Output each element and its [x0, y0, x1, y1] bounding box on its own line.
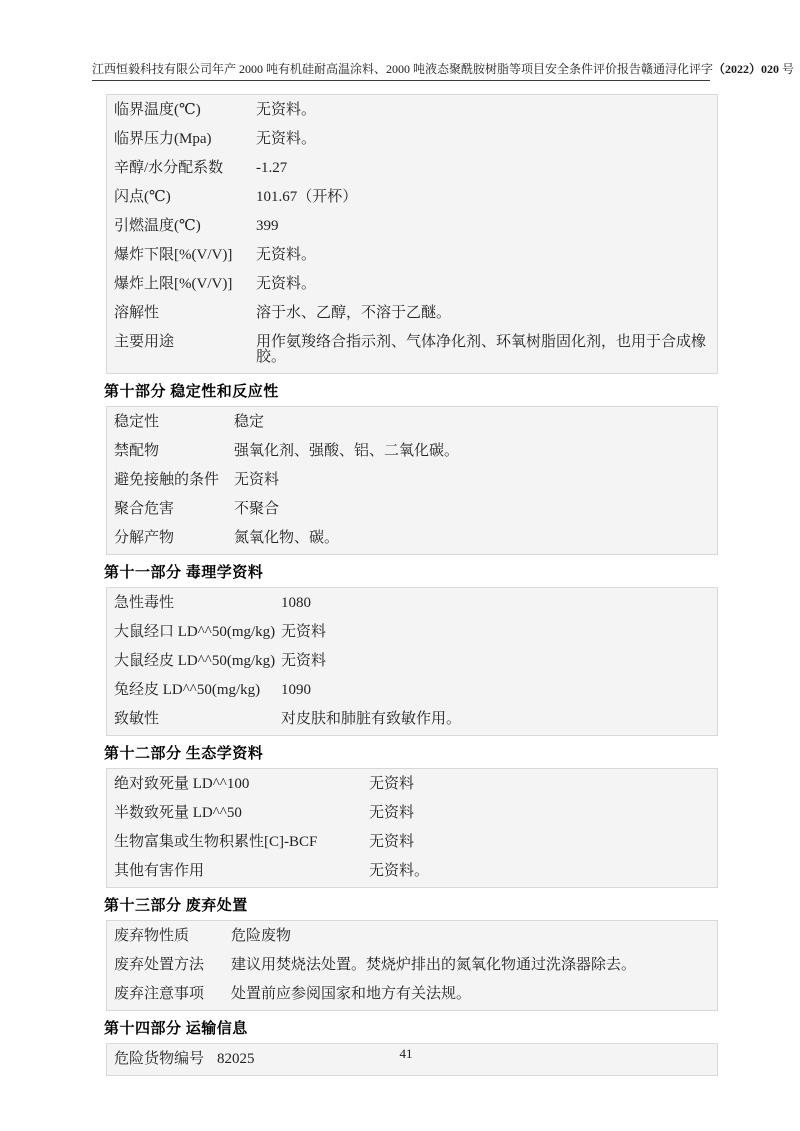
row-label: 大鼠经口 LD^^50(mg/kg)	[107, 625, 281, 640]
table-row: 半数致死量 LD^^50无资料	[107, 799, 717, 828]
row-value: 强氧化剂、强酸、铝、二氧化碳。	[234, 444, 717, 459]
row-value: 无资料。	[256, 277, 717, 292]
row-value: 溶于水、乙醇，不溶于乙醚。	[256, 306, 717, 321]
section: 第十一部分 毒理学资料 急性毒性1080大鼠经口 LD^^50(mg/kg)无资…	[106, 561, 718, 736]
table-row: 辛醇/水分配系数-1.27	[107, 154, 717, 183]
section-table: 临界温度(℃)无资料。临界压力(Mpa)无资料。辛醇/水分配系数-1.27闪点(…	[106, 94, 718, 374]
page-header: 江西恒毅科技有限公司年产 2000 吨有机硅耐高温涂料、2000 吨液态聚酰胺树…	[92, 60, 710, 81]
row-value: 1090	[281, 683, 717, 698]
section-table: 废弃物性质危险废物废弃处置方法建议用焚烧法处置。焚烧炉排出的氮氧化物通过洗涤器除…	[106, 920, 718, 1011]
table-row: 大鼠经口 LD^^50(mg/kg)无资料	[107, 618, 717, 647]
table-row: 引燃温度(℃)399	[107, 212, 717, 241]
row-value: 399	[256, 219, 717, 234]
row-value: 对皮肤和肺脏有致敏作用。	[281, 712, 717, 727]
row-value: 无资料	[369, 777, 717, 792]
table-row: 废弃物性质危险废物	[107, 922, 717, 951]
row-label: 爆炸下限[%(V/V)]	[107, 248, 256, 263]
row-label: 主要用途	[107, 335, 256, 350]
report-number-prefix: 赣通浔化评字	[641, 62, 713, 76]
row-label: 辛醇/水分配系数	[107, 161, 256, 176]
row-value: -1.27	[256, 161, 717, 176]
table-row: 兔经皮 LD^^50(mg/kg)1090	[107, 676, 717, 705]
row-label: 废弃物性质	[107, 929, 231, 944]
row-label: 生物富集或生物积累性[C]-BCF	[107, 835, 369, 850]
table-row: 绝对致死量 LD^^100无资料	[107, 770, 717, 799]
row-label: 废弃注意事项	[107, 987, 231, 1002]
row-value: 无资料	[369, 835, 717, 850]
report-title: 江西恒毅科技有限公司年产 2000 吨有机硅耐高温涂料、2000 吨液态聚酰胺树…	[92, 60, 641, 77]
row-value: 处置前应参阅国家和地方有关法规。	[231, 987, 717, 1002]
page-number: 41	[400, 1046, 413, 1061]
row-label: 溶解性	[107, 306, 256, 321]
row-label: 爆炸上限[%(V/V)]	[107, 277, 256, 292]
row-label: 稳定性	[107, 415, 234, 430]
row-value: 用作氨羧络合指示剂、气体净化剂、环氧树脂固化剂，也用于合成橡胶。	[256, 335, 717, 365]
section-title: 第十一部分 毒理学资料	[104, 561, 718, 582]
row-value: 建议用焚烧法处置。焚烧炉排出的氮氧化物通过洗涤器除去。	[231, 958, 717, 973]
report-number: 赣通浔化评字（2022）020 号	[641, 60, 794, 77]
table-row: 其他有害作用无资料。	[107, 857, 717, 886]
report-number-value: （2022）020	[713, 62, 779, 76]
table-row: 分解产物氮氧化物、碳。	[107, 524, 717, 553]
section: 第十二部分 生态学资料 绝对致死量 LD^^100无资料半数致死量 LD^^50…	[106, 742, 718, 888]
table-row: 大鼠经皮 LD^^50(mg/kg)无资料	[107, 647, 717, 676]
table-row: 溶解性溶于水、乙醇，不溶于乙醚。	[107, 299, 717, 328]
row-label: 闪点(℃)	[107, 190, 256, 205]
table-row: 闪点(℃)101.67（开杯）	[107, 183, 717, 212]
row-label: 绝对致死量 LD^^100	[107, 777, 369, 792]
table-row: 生物富集或生物积累性[C]-BCF无资料	[107, 828, 717, 857]
row-label: 急性毒性	[107, 596, 281, 611]
row-label: 聚合危害	[107, 502, 234, 517]
section: 临界温度(℃)无资料。临界压力(Mpa)无资料。辛醇/水分配系数-1.27闪点(…	[106, 94, 718, 374]
row-value: 氮氧化物、碳。	[234, 531, 717, 546]
row-value: 稳定	[234, 415, 717, 430]
section: 第十三部分 废弃处置 废弃物性质危险废物废弃处置方法建议用焚烧法处置。焚烧炉排出…	[106, 894, 718, 1011]
table-row: 临界温度(℃)无资料。	[107, 96, 717, 125]
table-row: 急性毒性1080	[107, 589, 717, 618]
row-label: 引燃温度(℃)	[107, 219, 256, 234]
table-row: 聚合危害不聚合	[107, 495, 717, 524]
row-value: 101.67（开杯）	[256, 190, 717, 205]
section-title: 第十部分 稳定性和反应性	[104, 380, 718, 401]
row-label: 禁配物	[107, 444, 234, 459]
row-label: 致敏性	[107, 712, 281, 727]
section-title: 第十二部分 生态学资料	[104, 742, 718, 763]
table-row: 临界压力(Mpa)无资料。	[107, 125, 717, 154]
table-row: 致敏性对皮肤和肺脏有致敏作用。	[107, 705, 717, 734]
row-value: 无资料。	[369, 864, 717, 879]
section-table: 绝对致死量 LD^^100无资料半数致死量 LD^^50无资料生物富集或生物积累…	[106, 768, 718, 888]
row-value: 1080	[281, 596, 717, 611]
table-row: 避免接触的条件无资料	[107, 466, 717, 495]
table-row: 废弃注意事项处置前应参阅国家和地方有关法规。	[107, 980, 717, 1009]
document-page: 江西恒毅科技有限公司年产 2000 吨有机硅耐高温涂料、2000 吨液态聚酰胺树…	[0, 0, 800, 1131]
row-value: 无资料。	[256, 103, 717, 118]
table-row: 爆炸下限[%(V/V)]无资料。	[107, 241, 717, 270]
row-label: 半数致死量 LD^^50	[107, 806, 369, 821]
row-value: 无资料	[281, 625, 717, 640]
row-label: 废弃处置方法	[107, 958, 231, 973]
section-table: 稳定性稳定禁配物强氧化剂、强酸、铝、二氧化碳。避免接触的条件无资料聚合危害不聚合…	[106, 406, 718, 555]
table-row: 爆炸上限[%(V/V)]无资料。	[107, 270, 717, 299]
section-title: 第十四部分 运输信息	[104, 1017, 718, 1038]
page-footer: 41	[0, 1046, 800, 1062]
row-label: 避免接触的条件	[107, 473, 234, 488]
section-title: 第十三部分 废弃处置	[104, 894, 718, 915]
section: 第十部分 稳定性和反应性 稳定性稳定禁配物强氧化剂、强酸、铝、二氧化碳。避免接触…	[106, 380, 718, 555]
table-row: 稳定性稳定	[107, 408, 717, 437]
row-label: 临界温度(℃)	[107, 103, 256, 118]
table-row: 废弃处置方法建议用焚烧法处置。焚烧炉排出的氮氧化物通过洗涤器除去。	[107, 951, 717, 980]
row-label: 其他有害作用	[107, 864, 369, 879]
sections: 临界温度(℃)无资料。临界压力(Mpa)无资料。辛醇/水分配系数-1.27闪点(…	[106, 94, 718, 1076]
row-value: 不聚合	[234, 502, 717, 517]
row-label: 临界压力(Mpa)	[107, 132, 256, 147]
row-value: 无资料	[369, 806, 717, 821]
section-table: 急性毒性1080大鼠经口 LD^^50(mg/kg)无资料大鼠经皮 LD^^50…	[106, 587, 718, 736]
row-value: 无资料	[234, 473, 717, 488]
row-value: 危险废物	[231, 929, 717, 944]
report-number-suffix: 号	[779, 62, 794, 76]
row-value: 无资料。	[256, 248, 717, 263]
table-row: 主要用途用作氨羧络合指示剂、气体净化剂、环氧树脂固化剂，也用于合成橡胶。	[107, 328, 717, 372]
row-value: 无资料	[281, 654, 717, 669]
row-label: 兔经皮 LD^^50(mg/kg)	[107, 683, 281, 698]
row-value: 无资料。	[256, 132, 717, 147]
row-label: 大鼠经皮 LD^^50(mg/kg)	[107, 654, 281, 669]
row-label: 分解产物	[107, 531, 234, 546]
table-row: 禁配物强氧化剂、强酸、铝、二氧化碳。	[107, 437, 717, 466]
